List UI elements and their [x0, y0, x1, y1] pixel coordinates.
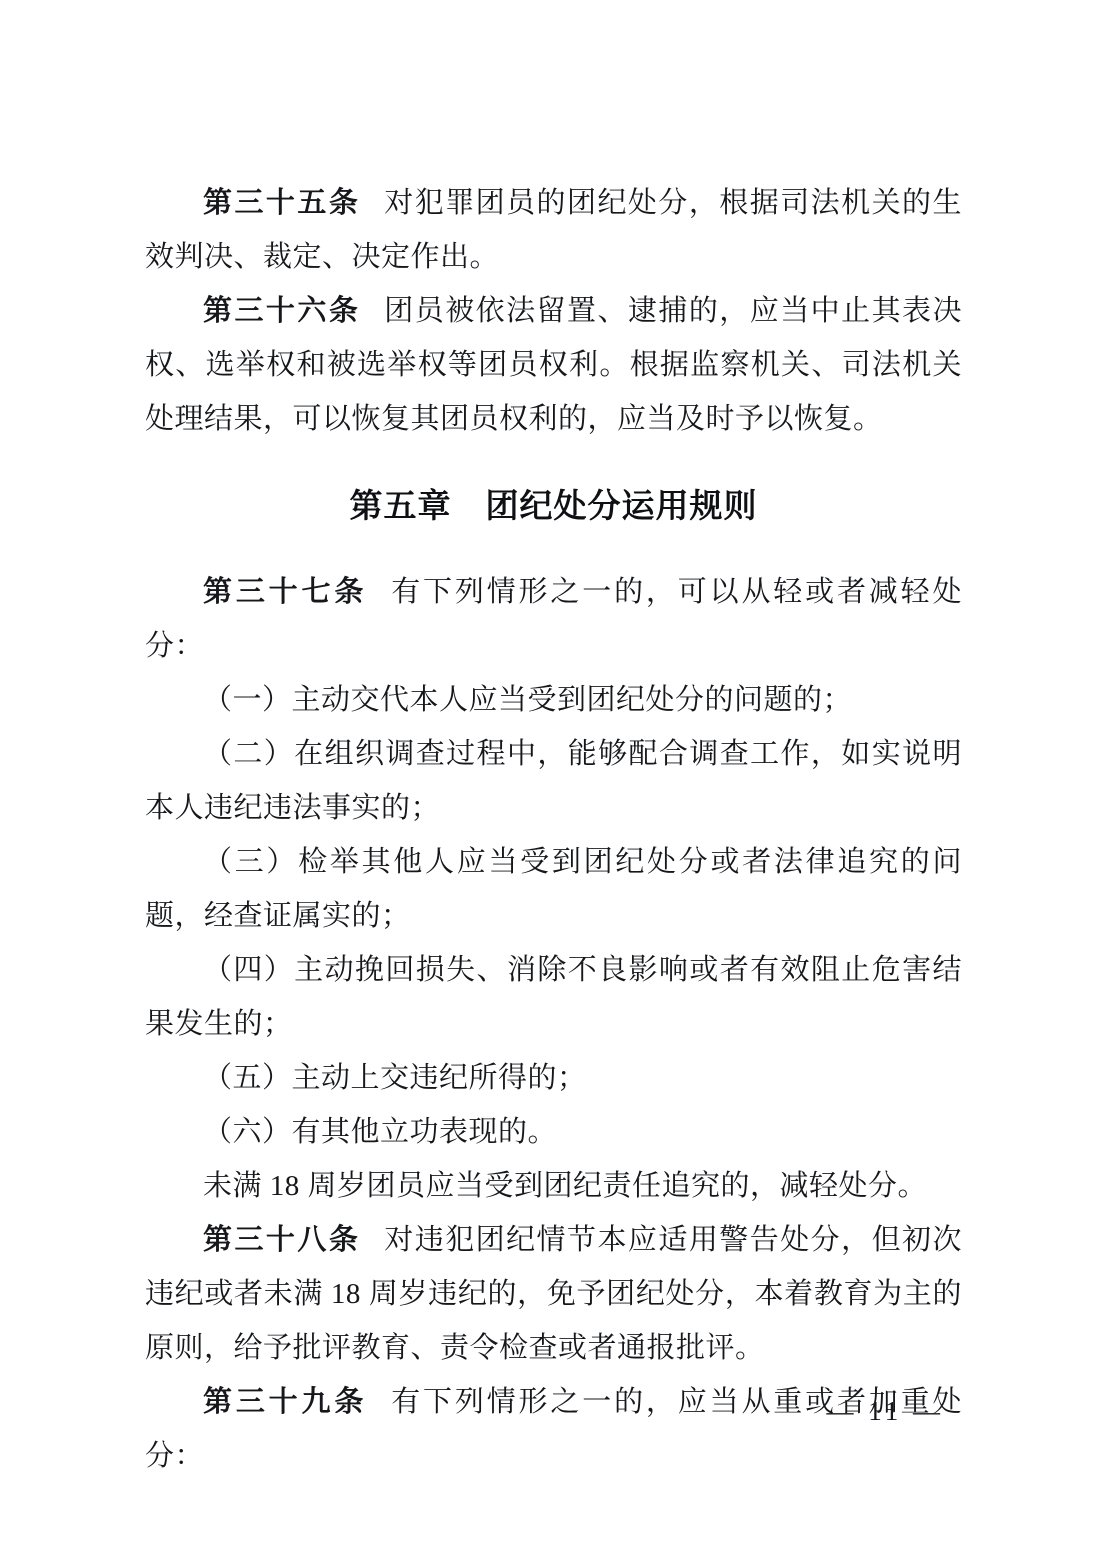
article-35-paragraph: 第三十五条对犯罪团员的团纪处分，根据司法机关的生效判决、裁定、决定作出。 [145, 176, 962, 284]
page-number: — 11 — [827, 1396, 945, 1427]
clause-item-3: （三）检举其他人应当受到团纪处分或者法律追究的问题，经查证属实的； [145, 835, 962, 943]
document-page: 第三十五条对犯罪团员的团纪处分，根据司法机关的生效判决、裁定、决定作出。 第三十… [0, 0, 1102, 1559]
clause-item-6: （六）有其他立功表现的。 [145, 1105, 962, 1159]
article-38-number: 第三十八条 [203, 1224, 360, 1256]
chapter-heading: 第五章 团纪处分运用规则 [145, 480, 962, 534]
article-38-paragraph: 第三十八条对违犯团纪情节本应适用警告处分，但初次违纪或者未满 18 周岁违纪的，… [145, 1213, 962, 1375]
article-39-number: 第三十九条 [203, 1386, 367, 1418]
document-content: 第三十五条对犯罪团员的团纪处分，根据司法机关的生效判决、裁定、决定作出。 第三十… [145, 176, 962, 1483]
article-37-paragraph: 第三十七条有下列情形之一的，可以从轻或者减轻处分： [145, 565, 962, 673]
clause-item-5: （五）主动上交违纪所得的； [145, 1051, 962, 1105]
minor-provision-paragraph: 未满 18 周岁团员应当受到团纪责任追究的，减轻处分。 [145, 1159, 962, 1213]
article-36-number: 第三十六条 [203, 295, 360, 327]
article-35-number: 第三十五条 [203, 187, 360, 219]
article-39-paragraph: 第三十九条有下列情形之一的，应当从重或者加重处分： [145, 1375, 962, 1483]
article-36-paragraph: 第三十六条团员被依法留置、逮捕的，应当中止其表决权、选举权和被选举权等团员权利。… [145, 284, 962, 446]
clause-item-2: （二）在组织调查过程中，能够配合调查工作，如实说明本人违纪违法事实的； [145, 727, 962, 835]
clause-item-4: （四）主动挽回损失、消除不良影响或者有效阻止危害结果发生的； [145, 943, 962, 1051]
article-37-number: 第三十七条 [203, 576, 367, 608]
clause-item-1: （一）主动交代本人应当受到团纪处分的问题的； [145, 673, 962, 727]
